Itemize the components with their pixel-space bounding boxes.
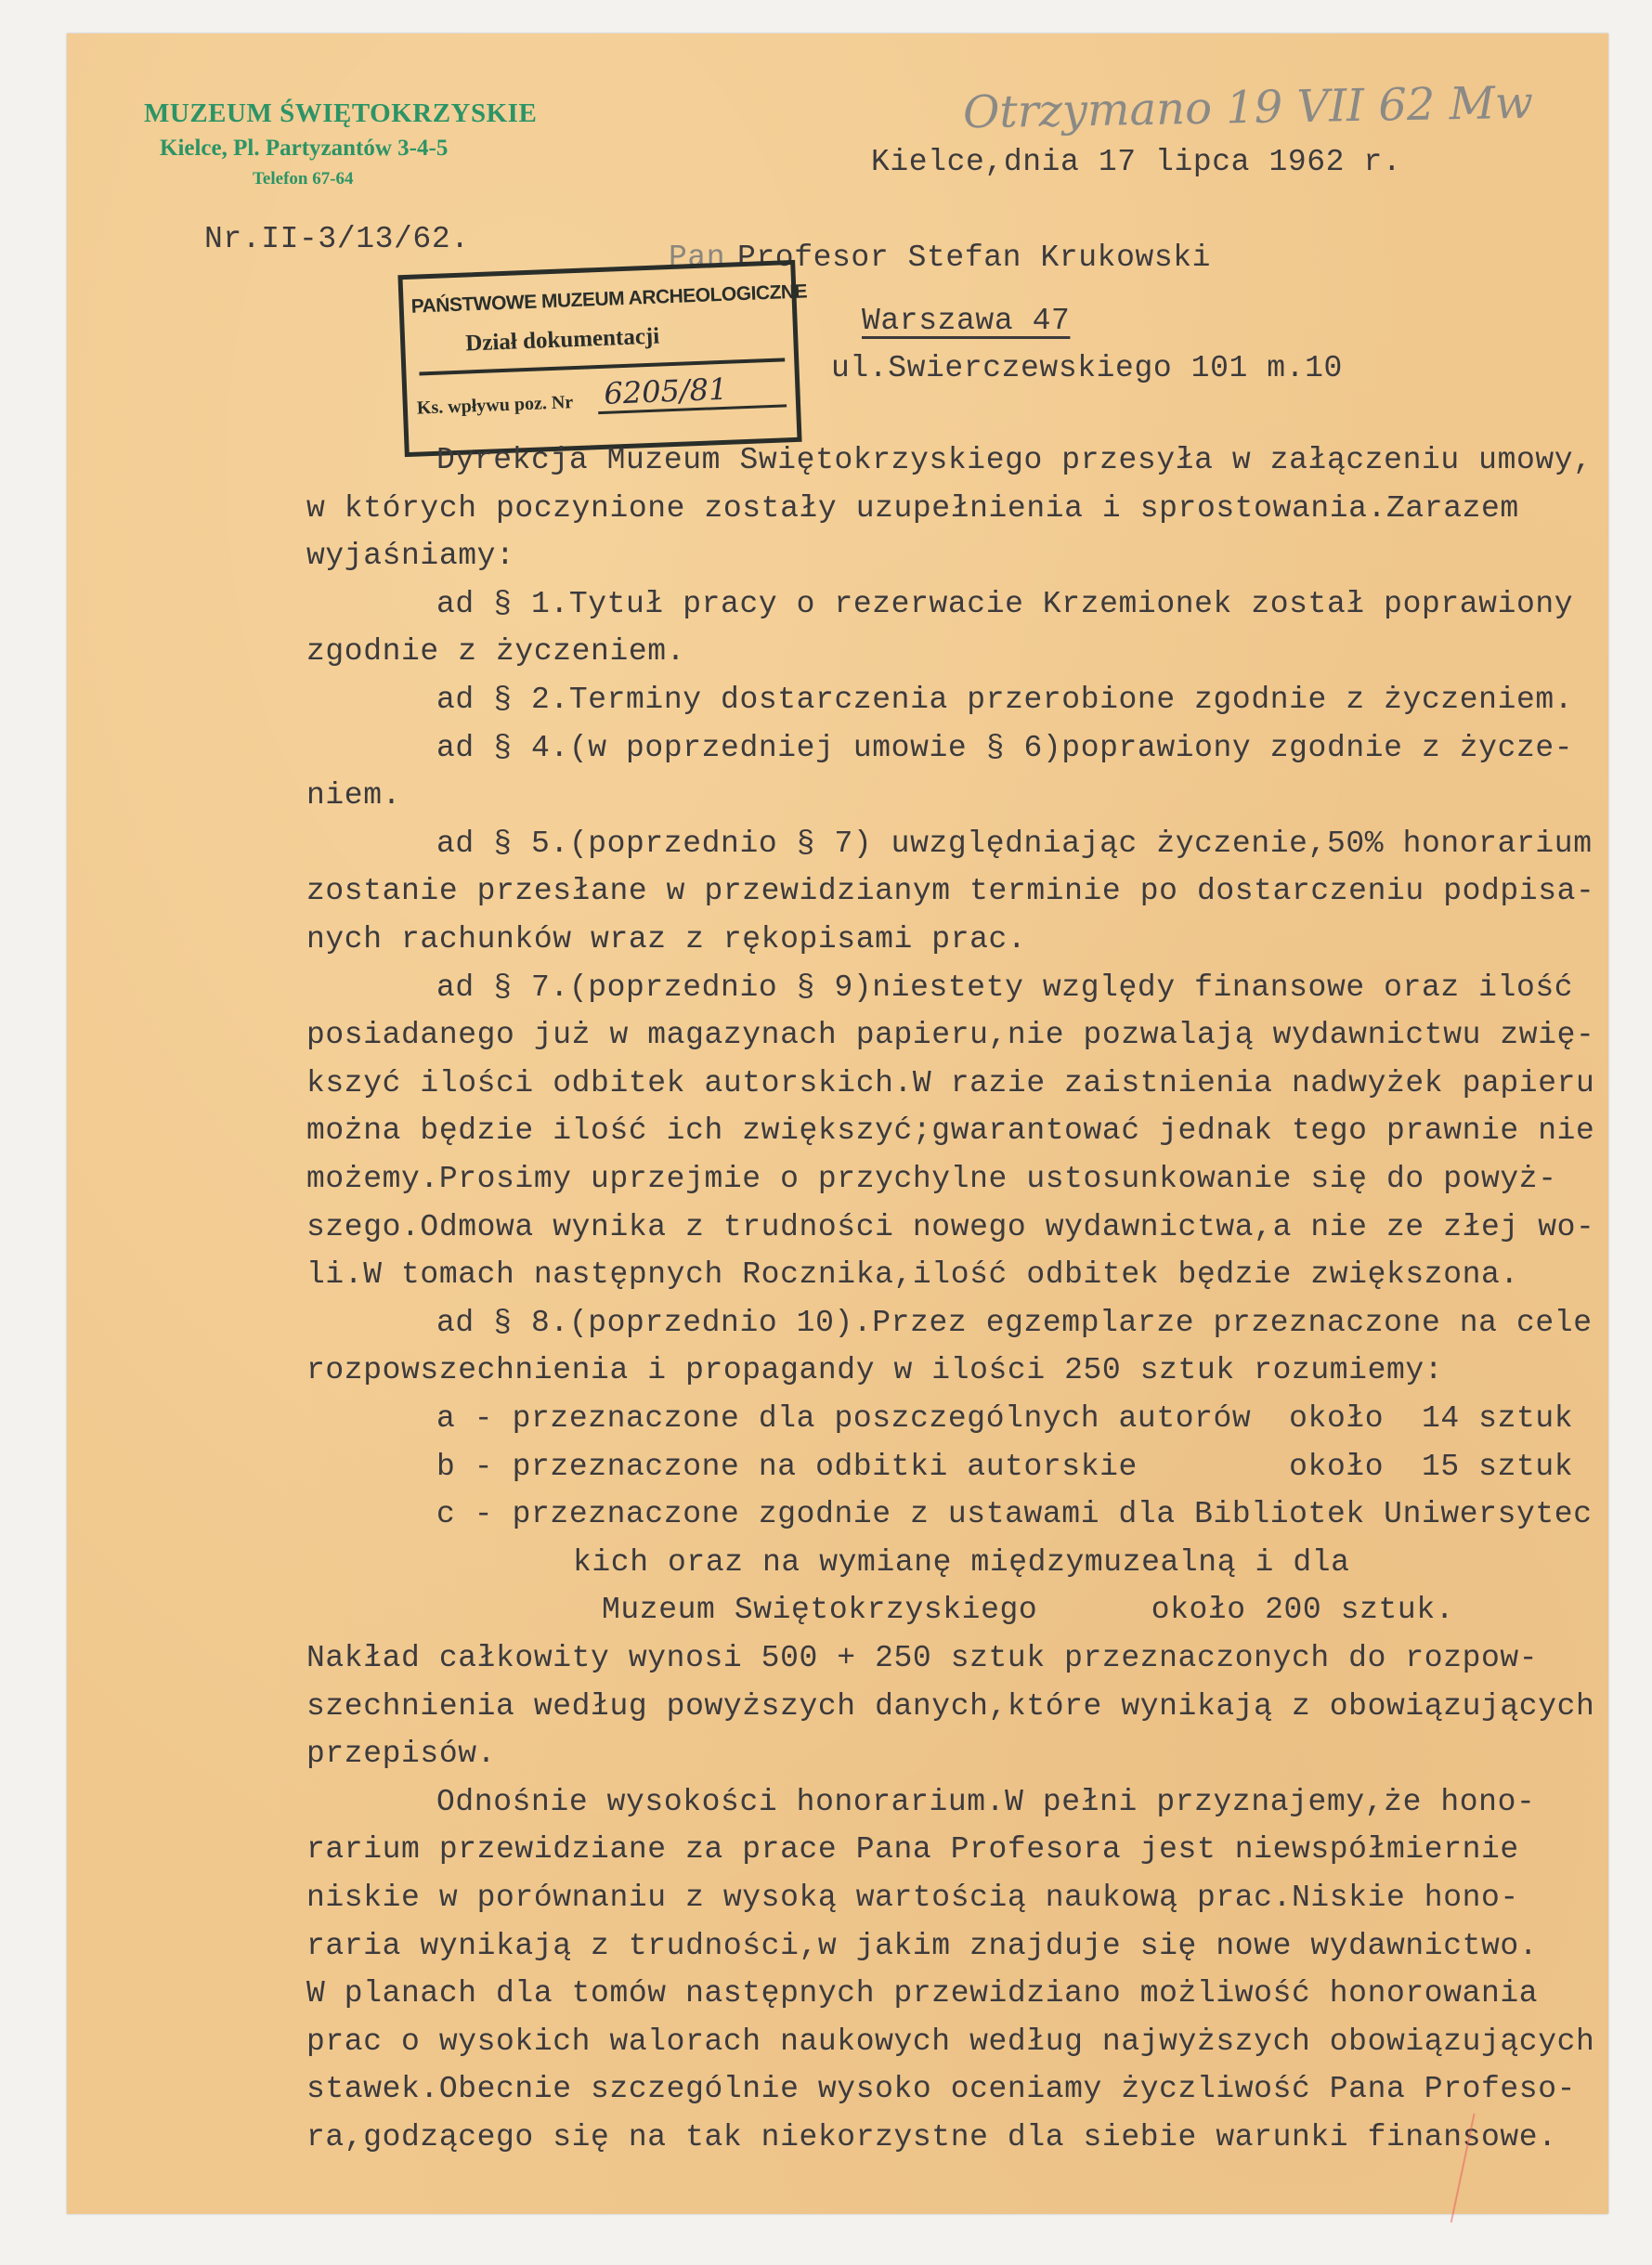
body-line: zgodnie z życzeniem. bbox=[306, 633, 685, 670]
body-line: ad § 7.(poprzednio § 9)niestety względy … bbox=[436, 970, 1573, 1007]
body-line: ad § 1.Tytuł pracy o rezerwacie Krzemion… bbox=[436, 586, 1573, 623]
body-line: ra,godzącego się na tak niekorzystne dla… bbox=[306, 2119, 1557, 2156]
letterhead-stamp-line1: MUZEUM ŚWIĘTOKRZYSKIE bbox=[144, 98, 537, 129]
body-line: niskie w porównaniu z wysoką wartością n… bbox=[306, 1880, 1519, 1917]
body-line: wyjaśniamy: bbox=[306, 538, 514, 575]
body-line: kich oraz na wymianę międzymuzealną i dl… bbox=[573, 1544, 1350, 1582]
body-line: kszyć ilości odbitek autorskich.W razie … bbox=[306, 1065, 1594, 1102]
addressee-street: ul.Swierczewskiego 101 m.10 bbox=[831, 350, 1343, 387]
body-line: ad § 5.(poprzednio § 7) uwzględniając ży… bbox=[436, 826, 1593, 863]
date-line: Kielce,dnia 17 lipca 1962 r. bbox=[871, 144, 1401, 181]
archive-stamp-entry-number: 6205/81 bbox=[604, 371, 728, 411]
received-note: Otrzymano 19 VII 62 Mw bbox=[963, 77, 1534, 139]
body-line: zostanie przesłane w przewidzianym termi… bbox=[306, 873, 1594, 910]
body-line: posiadanego już w magazynach papieru,nie… bbox=[306, 1017, 1594, 1054]
body-line: c - przeznaczone zgodnie z ustawami dla … bbox=[436, 1496, 1593, 1533]
body-line: li.W tomach następnych Rocznika,ilość od… bbox=[306, 1256, 1519, 1294]
addressee-city: Warszawa 47 bbox=[862, 303, 1070, 340]
addressee-name: Profesor Stefan Krukowski bbox=[737, 240, 1211, 277]
letter-page: MUZEUM ŚWIĘTOKRZYSKIE Kielce, Pl. Partyz… bbox=[67, 33, 1608, 2214]
body-line: a - przeznaczone dla poszczególnych auto… bbox=[436, 1400, 1573, 1438]
archive-stamp-divider bbox=[419, 358, 785, 375]
body-line: raria wynikają z trudności,w jakim znajd… bbox=[306, 1928, 1538, 1965]
body-line: b - przeznaczone na odbitki autorskie ok… bbox=[436, 1449, 1573, 1486]
reference-number: Nr.II-3/13/62. bbox=[204, 221, 470, 258]
letterhead-stamp-line2: Kielce, Pl. Partyzantów 3-4-5 bbox=[160, 136, 448, 162]
body-line: prac o wysokich walorach naukowych wedłu… bbox=[306, 2024, 1594, 2061]
body-line: ad § 2.Terminy dostarczenia przerobione … bbox=[436, 682, 1573, 719]
archive-stamp: PAŃSTWOWE MUZEUM ARCHEOLOGICZNE Dział do… bbox=[397, 260, 801, 457]
body-line: ad § 8.(poprzednio 10).Przez egzemplarze… bbox=[436, 1305, 1593, 1342]
body-line: rarium przewidziane za prace Pana Profes… bbox=[306, 1831, 1519, 1868]
body-line: można będzie ilość ich zwiększyć;gwarant… bbox=[306, 1113, 1594, 1150]
body-line: przepisów. bbox=[306, 1736, 496, 1773]
body-line: Nakład całkowity wynosi 500 + 250 sztuk … bbox=[306, 1640, 1538, 1677]
archive-stamp-label: Ks. wpływu poz. Nr bbox=[416, 392, 573, 419]
body-line: ad § 4.(w poprzedniej umowie § 6)poprawi… bbox=[436, 730, 1573, 767]
body-line: Odnośnie wysokości honorarium.W pełni pr… bbox=[436, 1784, 1535, 1821]
body-line: stawek.Obecnie szczególnie wysoko ocenia… bbox=[306, 2071, 1576, 2108]
body-line: nych rachunków wraz z rękopisami prac. bbox=[306, 921, 1026, 958]
archive-stamp-department: Dział dokumentacji bbox=[465, 324, 660, 358]
body-line: szego.Odmowa wynika z trudności nowego w… bbox=[306, 1209, 1594, 1246]
letterhead-stamp-line3: Telefon 67-64 bbox=[253, 169, 354, 189]
body-line: szechnienia według powyższych danych,któ… bbox=[306, 1688, 1594, 1725]
body-line: w których poczynione zostały uzupełnieni… bbox=[306, 490, 1519, 527]
body-line: W planach dla tomów następnych przewidzi… bbox=[306, 1975, 1538, 2012]
body-line: Muzeum Swiętokrzyskiego około 200 sztuk. bbox=[602, 1592, 1454, 1629]
body-line: niem. bbox=[306, 777, 401, 814]
body-line: Dyrekcja Muzeum Swiętokrzyskiego przesył… bbox=[436, 442, 1593, 479]
archive-stamp-title: PAŃSTWOWE MUZEUM ARCHEOLOGICZNE bbox=[410, 280, 807, 318]
body-line: możemy.Prosimy uprzejmie o przychylne us… bbox=[306, 1161, 1557, 1198]
body-line: rozpowszechnienia i propagandy w ilości … bbox=[306, 1352, 1443, 1389]
